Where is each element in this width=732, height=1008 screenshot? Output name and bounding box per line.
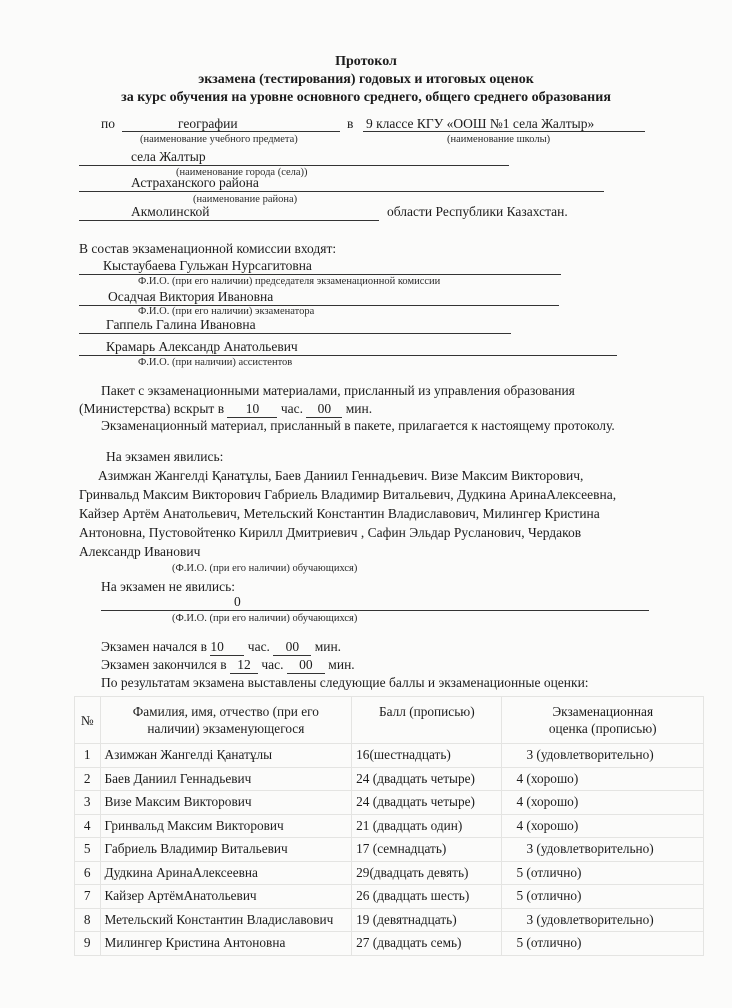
- protocol-page: Протокол экзамена (тестирования) годовых…: [0, 0, 732, 1008]
- exam-start-line: Экзамен начался в 10 час. 00 мин.: [101, 639, 341, 656]
- attended-label: На экзамен явились:: [106, 449, 223, 465]
- region-underline: [79, 220, 379, 221]
- examiner-name: Осадчая Виктория Ивановна: [108, 289, 273, 305]
- subject-caption: (наименование учебного предмета): [140, 134, 298, 145]
- exam-end-prefix: Экзамен закончился в: [101, 657, 227, 672]
- exam-start-minute-label: мин.: [315, 639, 341, 654]
- row-num: 1: [75, 744, 101, 768]
- subject-prefix: по: [101, 116, 115, 132]
- row-score: 26 (двадцать шесть): [352, 885, 502, 909]
- package-line-1: Пакет с экзаменационными материалами, пр…: [101, 383, 575, 399]
- assistant1-underline: [79, 333, 511, 334]
- table-row: 1 Азимжан Жангелді Қанатұлы 16(шестнадца…: [75, 744, 704, 768]
- header-grade-line-2: оценка (прописью): [506, 720, 699, 737]
- header-name-line-2: наличии) экзаменующегося: [105, 720, 348, 737]
- row-num: 9: [75, 932, 101, 956]
- results-table: № Фамилия, имя, отчество (при его наличи…: [74, 696, 704, 956]
- assistants-caption: Ф.И.О. (при наличии) ассистентов: [138, 357, 292, 368]
- row-num: 5: [75, 838, 101, 862]
- row-grade: 5 (отлично): [502, 861, 704, 885]
- header-name: Фамилия, имя, отчество (при его наличии)…: [100, 697, 352, 744]
- table-header-row: № Фамилия, имя, отчество (при его наличи…: [75, 697, 704, 744]
- row-score: 29(двадцать девять): [352, 861, 502, 885]
- header-num: №: [75, 697, 101, 744]
- table-row: 6 Дудкина АринаАлексеевна 29(двадцать де…: [75, 861, 704, 885]
- row-name: Визе Максим Викторович: [100, 791, 352, 815]
- examiner-caption: Ф.И.О. (при его наличии) экзаменатора: [138, 306, 314, 317]
- assistant2-name: Крамарь Александр Анатольевич: [106, 339, 298, 355]
- exam-start-minute: 00: [273, 639, 311, 656]
- subject-value: географии: [178, 116, 238, 132]
- document-subtitle-1: экзамена (тестирования) годовых и итогов…: [0, 72, 732, 88]
- header-name-line-1: Фамилия, имя, отчество (при его: [105, 703, 348, 720]
- absent-caption: (Ф.И.О. (при его наличии) обучающихся): [172, 613, 357, 624]
- table-row: 3 Визе Максим Викторович 24 (двадцать че…: [75, 791, 704, 815]
- exam-start-hour-label: час.: [248, 639, 270, 654]
- row-name: Гринвальд Максим Викторович: [100, 814, 352, 838]
- row-score: 16(шестнадцать): [352, 744, 502, 768]
- city-value: села Жалтыр: [131, 149, 206, 165]
- commission-intro: В состав экзаменационной комиссии входят…: [79, 241, 336, 257]
- row-num: 4: [75, 814, 101, 838]
- absent-label: На экзамен не явились:: [101, 579, 235, 595]
- header-score: Балл (прописью): [352, 697, 502, 744]
- row-name: Кайзер АртёмАнатольевич: [100, 885, 352, 909]
- assistant1-name: Гаппель Галина Ивановна: [106, 317, 256, 333]
- row-num: 8: [75, 908, 101, 932]
- table-row: 5 Габриель Владимир Витальевич 17 (семна…: [75, 838, 704, 862]
- row-num: 2: [75, 767, 101, 791]
- row-num: 7: [75, 885, 101, 909]
- row-name: Милингер Кристина Антоновна: [100, 932, 352, 956]
- district-value: Астраханского района: [131, 175, 259, 191]
- region-value: Акмолинской: [131, 204, 209, 220]
- assistant2-underline: [79, 355, 617, 356]
- table-row: 2 Баев Даниил Геннадьевич 24 (двадцать ч…: [75, 767, 704, 791]
- chair-name: Кыстаубаева Гульжан Нурсагитовна: [103, 258, 312, 274]
- exam-end-hour: 12: [230, 657, 258, 674]
- row-grade: 5 (отлично): [502, 932, 704, 956]
- header-grade-line-1: Экзаменационная: [506, 703, 699, 720]
- table-row: 4 Гринвальд Максим Викторович 21 (двадца…: [75, 814, 704, 838]
- document-title: Протокол: [0, 54, 732, 70]
- exam-end-minute-label: мин.: [328, 657, 354, 672]
- city-underline: [79, 165, 509, 166]
- attended-line-1: Азимжан Жангелді Қанатұлы, Баев Даниил Г…: [98, 468, 583, 484]
- table-row: 7 Кайзер АртёмАнатольевич 26 (двадцать ш…: [75, 885, 704, 909]
- row-num: 3: [75, 791, 101, 815]
- row-score: 19 (девятнадцать): [352, 908, 502, 932]
- row-grade: 4 (хорошо): [502, 814, 704, 838]
- class-school-value: 9 классе КГУ «ООШ №1 села Жалтыр»: [366, 116, 594, 132]
- package-minute-label: мин.: [346, 401, 372, 416]
- package-hour: 10: [227, 401, 277, 418]
- row-grade: 3 (удовлетворительно): [502, 838, 704, 862]
- row-name: Баев Даниил Геннадьевич: [100, 767, 352, 791]
- attended-line-5: Александр Иванович: [79, 544, 200, 560]
- row-grade: 5 (отлично): [502, 885, 704, 909]
- row-name: Азимжан Жангелді Қанатұлы: [100, 744, 352, 768]
- attended-line-4: Антоновна, Пустовойтенко Кирилл Дмитриев…: [79, 525, 581, 541]
- row-score: 24 (двадцать четыре): [352, 791, 502, 815]
- region-suffix: области Республики Казахстан.: [387, 204, 568, 220]
- package-attached-note: Экзаменационный материал, присланный в п…: [101, 418, 615, 434]
- row-score: 27 (двадцать семь): [352, 932, 502, 956]
- exam-start-prefix: Экзамен начался в: [101, 639, 207, 654]
- school-caption: (наименование школы): [447, 134, 550, 145]
- table-row: 9 Милингер Кристина Антоновна 27 (двадца…: [75, 932, 704, 956]
- attended-line-3: Кайзер Артём Анатольевич, Метельский Кон…: [79, 506, 600, 522]
- header-grade: Экзаменационная оценка (прописью): [502, 697, 704, 744]
- exam-end-line: Экзамен закончился в 12 час. 00 мин.: [101, 657, 355, 674]
- exam-end-hour-label: час.: [261, 657, 283, 672]
- row-grade: 4 (хорошо): [502, 791, 704, 815]
- chair-caption: Ф.И.О. (при его наличии) председателя эк…: [138, 276, 440, 287]
- absent-value: 0: [234, 594, 241, 610]
- district-underline: [79, 191, 604, 192]
- row-grade: 3 (удовлетворительно): [502, 908, 704, 932]
- chair-underline: [79, 274, 561, 275]
- package-minute: 00: [306, 401, 342, 418]
- row-name: Дудкина АринаАлексеевна: [100, 861, 352, 885]
- row-grade: 3 (удовлетворительно): [502, 744, 704, 768]
- results-intro: По результатам экзамена выставлены следу…: [101, 675, 589, 691]
- attended-line-2: Гринвальд Максим Викторович Габриель Вла…: [79, 487, 616, 503]
- attended-caption: (Ф.И.О. (при его наличии) обучающихся): [172, 563, 357, 574]
- exam-start-hour: 10: [210, 639, 244, 656]
- in-label: в: [347, 116, 353, 132]
- row-score: 21 (двадцать один): [352, 814, 502, 838]
- table-row: 8 Метельский Константин Владиславович 19…: [75, 908, 704, 932]
- row-name: Габриель Владимир Витальевич: [100, 838, 352, 862]
- document-subtitle-2: за курс обучения на уровне основного сре…: [0, 90, 732, 106]
- exam-end-minute: 00: [287, 657, 325, 674]
- row-num: 6: [75, 861, 101, 885]
- row-score: 24 (двадцать четыре): [352, 767, 502, 791]
- row-name: Метельский Константин Владиславович: [100, 908, 352, 932]
- package-hour-label: час.: [281, 401, 303, 416]
- package-line-2: (Министерства) вскрыт в 10 час. 00 мин.: [79, 401, 372, 418]
- row-grade: 4 (хорошо): [502, 767, 704, 791]
- absent-underline: [101, 610, 649, 611]
- package-opened-prefix: (Министерства) вскрыт в: [79, 401, 224, 416]
- row-score: 17 (семнадцать): [352, 838, 502, 862]
